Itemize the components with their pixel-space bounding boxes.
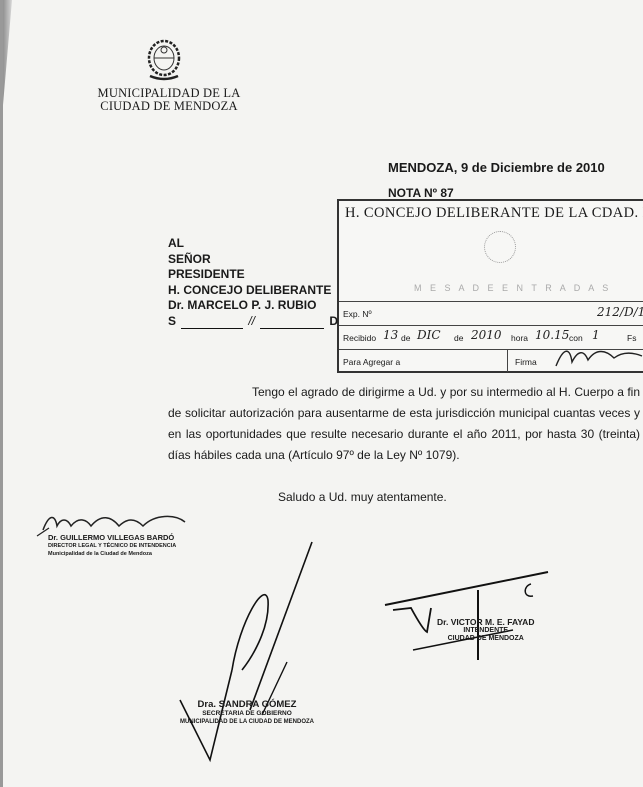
signature-block-villegas: Dr. GUILLERMO VILLEGAS BARDÓ DIRECTOR LE… — [48, 533, 176, 558]
recibido-hora: 10.15 — [535, 328, 569, 342]
addressee-line: H. CONCEJO DELIBERANTE — [168, 283, 338, 299]
slash: // — [248, 314, 255, 330]
fayad-signature-icon — [383, 570, 553, 660]
addressee-line: AL — [168, 236, 338, 252]
recibido-month: DIC — [417, 328, 441, 342]
org-line-2: CIUDAD DE MENDOZA — [94, 100, 244, 113]
signature-block-gomez: Dra. SANDRA GÓMEZ SECRETARIA DE GOBIERNO… — [180, 699, 314, 726]
issuer-organization: MUNICIPALIDAD DE LA CIUDAD DE MENDOZA — [94, 87, 244, 113]
recibido-year: 2010 — [471, 328, 502, 342]
signer-title: INTENDENTE — [437, 627, 534, 635]
signer-name: Dr. GUILLERMO VILLEGAS BARDÓ — [48, 533, 176, 542]
signer-title: SECRETARIA DE GOBIERNO — [180, 710, 314, 718]
recibido-label: Recibido — [343, 333, 376, 343]
stamp-faded-label: M E S A D E E N T R A D A S — [414, 283, 611, 293]
scan-border — [0, 0, 3, 787]
d-label: D — [329, 314, 338, 330]
con-value: 1 — [592, 328, 600, 342]
addressee-line: SEÑOR — [168, 252, 338, 268]
coat-of-arms-icon — [140, 36, 188, 84]
addressee-line: PRESIDENTE — [168, 267, 338, 283]
letter-closing: Saludo a Ud. muy atentamente. — [278, 490, 447, 504]
receiver-signature-icon — [554, 344, 643, 370]
receipt-stamp: H. CONCEJO DELIBERANTE DE LA CDAD. DE MZ… — [337, 199, 643, 373]
de-label: de — [401, 333, 410, 343]
firma-label: Firma — [515, 357, 537, 367]
signature-block-fayad: Dr. VICTOR M. E. FAYAD INTENDENTE CIUDAD… — [437, 617, 534, 643]
exp-number: 212/D/10 — [597, 305, 643, 319]
gomez-signature-icon — [170, 540, 320, 770]
stamp-row-agregar: Para Agregar a Firma — [339, 349, 643, 372]
stamp-title: H. CONCEJO DELIBERANTE DE LA CDAD. DE MZ… — [345, 205, 643, 222]
signer-org: CIUDAD DE MENDOZA — [437, 635, 534, 643]
salutation-sd: S // D — [168, 314, 338, 330]
year-label: de — [454, 333, 463, 343]
letter-date: MENDOZA, 9 de Diciembre de 2010 — [388, 160, 605, 175]
stamp-row-expediente: Exp. Nº 212/D/10 — [339, 301, 643, 324]
signer-name: Dr. VICTOR M. E. FAYAD — [437, 617, 534, 627]
signer-org: MUNICIPALIDAD DE LA CIUDAD DE MENDOZA — [180, 718, 314, 726]
nota-number: NOTA Nº 87 — [388, 186, 454, 200]
signer-org: Municipalidad de la Ciudad de Mendoza — [48, 550, 176, 558]
signer-title: DIRECTOR LEGAL Y TÉCNICO DE INTENDENCIA — [48, 542, 176, 550]
con-label: con — [569, 333, 583, 343]
para-agregar-label: Para Agregar a — [343, 357, 400, 367]
hora-label: hora — [511, 333, 528, 343]
signer-name: Dra. SANDRA GÓMEZ — [180, 699, 314, 710]
recibido-day: 13 — [383, 328, 398, 342]
stamp-seal-icon — [484, 231, 516, 263]
exp-label: Exp. Nº — [343, 309, 372, 319]
addressee-block: AL SEÑOR PRESIDENTE H. CONCEJO DELIBERAN… — [168, 236, 338, 329]
letter-body: Tengo el agrado de dirigirme a Ud. y por… — [168, 382, 640, 466]
addressee-line: Dr. MARCELO P. J. RUBIO — [168, 298, 338, 314]
s-label: S — [168, 314, 176, 330]
fs-label: Fs — [627, 333, 636, 343]
